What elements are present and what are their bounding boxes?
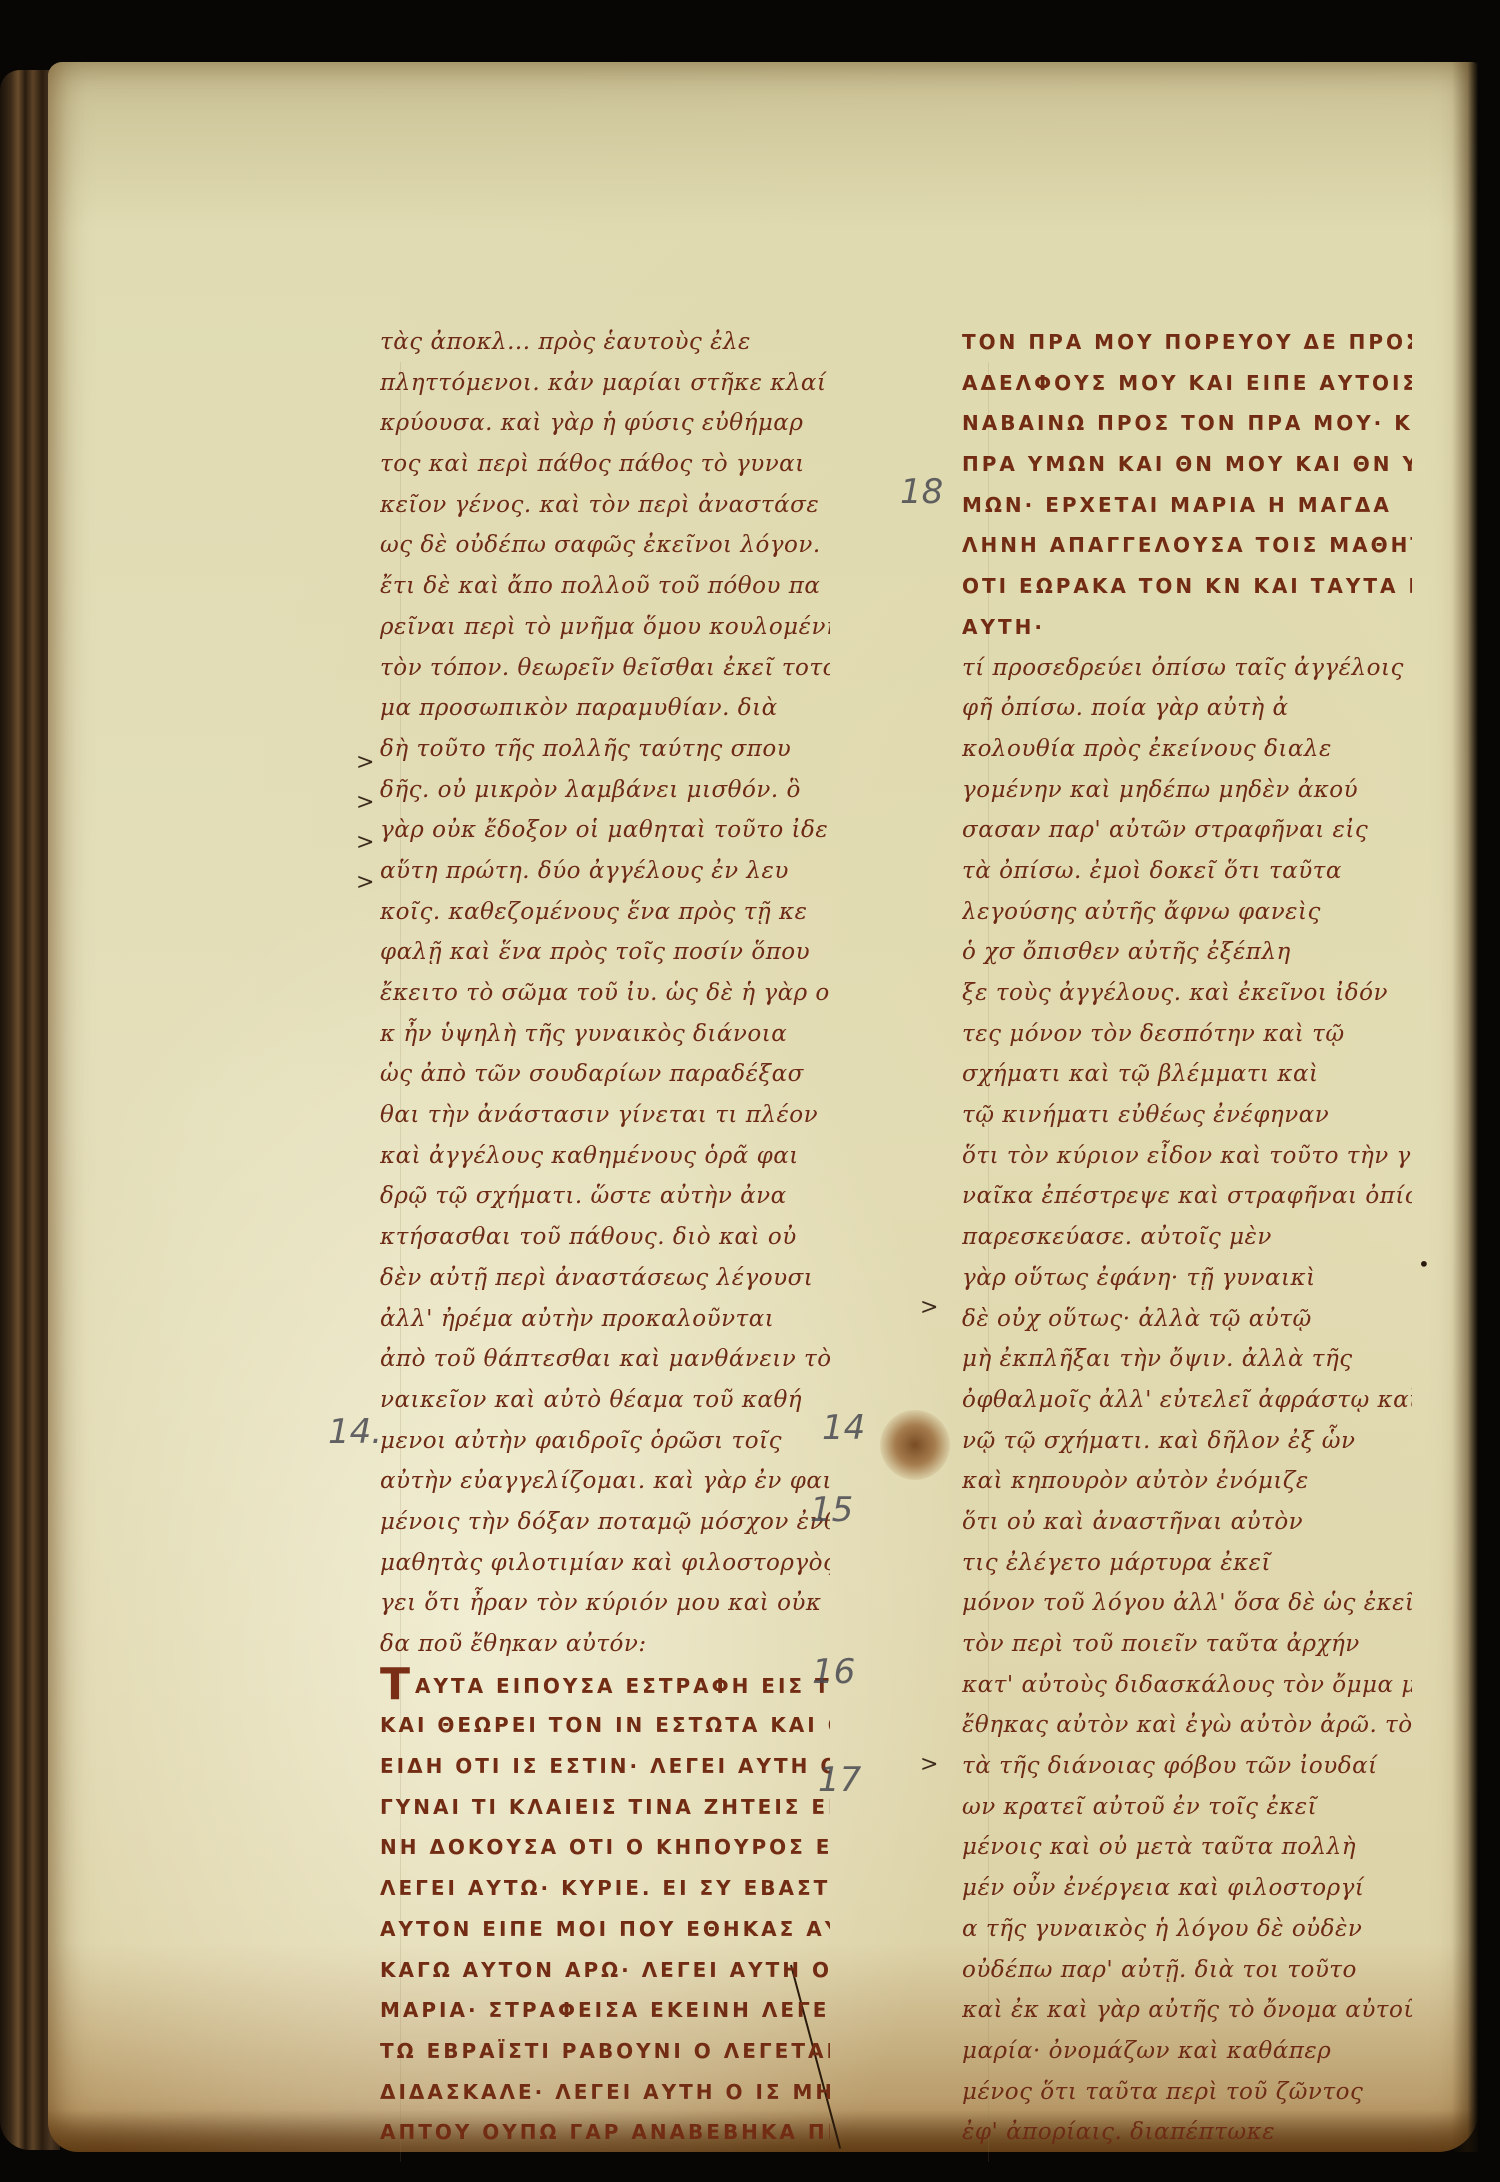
commentary-line: σασαν παρ' αὐτῶν στραφῆναι εἰς	[962, 810, 1412, 851]
line-text: αὕτη πρώτη. δύο ἀγγέλους ἐν λευ	[380, 858, 789, 884]
verse-number-gutter: 17	[818, 1760, 861, 1800]
verse-number-gutter: 14	[822, 1408, 865, 1448]
line-text: ΓΥΝΑΙ ΤΙ ΚΛΑΙΕΙΣ ΤΙΝΑ ΖΗΤΕΙΣ ΕΚΕΙ	[380, 1795, 830, 1819]
line-text: ΑΥΤΟΝ ΕΙΠΕ ΜΟΙ ΠΟΥ ΕΘΗΚΑΣ ΑΥΤΟ	[380, 1917, 830, 1941]
commentary-line: οὐδέπω παρ' αὐτῇ. διὰ τοι τοῦτο	[962, 1950, 1412, 1991]
lemma-line: ΓΥΝΑΙ ΤΙ ΚΛΑΙΕΙΣ ΤΙΝΑ ΖΗΤΕΙΣ ΕΚΕΙ	[380, 1787, 830, 1828]
line-text: ων κρατεῖ αὐτοῦ ἐν τοῖς ἐκεῖ	[962, 1794, 1317, 1820]
diple-mark: >	[356, 870, 374, 895]
commentary-line: γομένην καὶ μηδέπω μηδὲν ἀκού	[962, 770, 1412, 811]
lemma-line: ΟΤΙ ΕΩΡΑΚΑ ΤΟΝ ΚΝ ΚΑΙ ΤΑΥΤΑ ΕΙΠΕ	[962, 566, 1412, 607]
commentary-line: σχήματι καὶ τῷ βλέμματι καὶ	[962, 1054, 1412, 1095]
line-text: ΛΕΓΕΙ ΑΥΤΩ· ΚΥΡΙΕ. ΕΙ ΣΥ ΕΒΑΣΤΑΣΑΣ	[380, 1876, 830, 1900]
commentary-line: ἔθηκας αὐτὸν καὶ ἐγὼ αὐτὸν ἀρῶ. τὸ	[962, 1705, 1412, 1746]
commentary-line: ἐφ' ἀπορίαις. διαπέπτωκε	[962, 2112, 1412, 2153]
diple-mark: >	[356, 830, 374, 855]
margin-dot: •	[1418, 1252, 1430, 1276]
commentary-line: αὕτη πρώτη. δύο ἀγγέλους ἐν λευ	[380, 851, 830, 892]
commentary-line: κολουθία πρὸς ἐκείνους διαλε	[962, 729, 1412, 770]
line-text: σχήματι καὶ τῷ βλέμματι καὶ	[962, 1061, 1319, 1087]
commentary-line: τος καὶ περὶ πάθος πάθος τὸ γυναι	[380, 444, 830, 485]
line-text: ΕΙΔΗ ΟΤΙ ΙΣ ΕΣΤΙΝ· ΛΕΓΕΙ ΑΥΤΗ Ο ΙΣ	[380, 1754, 830, 1778]
commentary-line: τῷ κινήματι εὐθέως ἐνέφηναν	[962, 1095, 1412, 1136]
lemma-line: ΚΑΙ ΘΕΩΡΕΙ ΤΟΝ ΙΝ ΕΣΤΩΤΑ ΚΑΙ ΟΥΚ	[380, 1705, 830, 1746]
commentary-line: θαι τὴν ἀνάστασιν γίνεται τι πλέον	[380, 1095, 830, 1136]
ink-stain	[880, 1410, 950, 1480]
line-text: ρεῖναι περὶ τὸ μνῆμα ὅμου κουλομένη	[380, 614, 830, 640]
lemma-line: ΛΗΝΗ ΑΠΑΓΓΕΛΟΥΣΑ ΤΟΙΣ ΜΑΘΗΤΑΙΣ	[962, 525, 1412, 566]
commentary-line: μόνον τοῦ λόγου ἀλλ' ὅσα δὲ ὡς ἐκεῖ	[962, 1583, 1412, 1624]
line-text: κ ἦν ὑψηλὴ τῆς γυναικὸς διάνοια	[380, 1021, 787, 1047]
lemma-line: ΝΗ ΔΟΚΟΥΣΑ ΟΤΙ Ο ΚΗΠΟΥΡΟΣ ΕΣΤΙΝ	[380, 1827, 830, 1868]
line-text: ναῖκα ἐπέστρεψε καὶ στραφῆναι ὀπίσω	[962, 1183, 1412, 1209]
line-text: ξε τοὺς ἀγγέλους. καὶ ἐκεῖνοι ἰδόν	[962, 980, 1388, 1006]
line-text: ΤΟΝ ΠΡΑ ΜΟΥ ΠΟΡΕΥΟΥ ΔΕ ΠΡΟΣ ΤΟΥΣ	[962, 330, 1412, 354]
line-text: ως δὲ οὐδέπω σαφῶς ἐκεῖνοι λόγον.	[380, 532, 821, 558]
line-text: ΝΗ ΔΟΚΟΥΣΑ ΟΤΙ Ο ΚΗΠΟΥΡΟΣ ΕΣΤΙΝ	[380, 1835, 830, 1859]
commentary-line: φῆ ὀπίσω. ποία γὰρ αὐτὴ ἀ	[962, 688, 1412, 729]
line-text: γει ὅτι ἦραν τὸν κύριόν μου καὶ οὐκ οἶ	[380, 1590, 830, 1616]
commentary-line: α τῆς γυναικὸς ἡ λόγου δὲ οὐδὲν	[962, 1909, 1412, 1950]
line-text: ἔτι δὲ καὶ ἄπο πολλοῦ τοῦ πόθου πα	[380, 573, 820, 599]
commentary-line: ὁ χσ ὄπισθεν αὐτῆς ἐξέπλη	[962, 932, 1412, 973]
lemma-line: ΤΟΝ ΠΡΑ ΜΟΥ ΠΟΡΕΥΟΥ ΔΕ ΠΡΟΣ ΤΟΥΣ	[962, 322, 1412, 363]
commentary-line: καὶ κηπουρὸν αὐτὸν ἐνόμιζε	[962, 1461, 1412, 1502]
commentary-line: μα προσωπικὸν παραμυθίαν. διὰ	[380, 688, 830, 729]
commentary-line: τὰ ὀπίσω. ἐμοὶ δοκεῖ ὅτι ταῦτα	[962, 851, 1412, 892]
line-text: αὐτὴν εὐαγγελίζομαι. καὶ γὰρ ἐν φαι	[380, 1468, 830, 1494]
commentary-line: τί προσεδρεύει ὀπίσω ταῖς ἀγγέλοις ἐστρα	[962, 648, 1412, 689]
lemma-line: ΤΩ ΕΒΡΑΪΣΤΙ ΡΑΒΟΥΝΙ Ο ΛΕΓΕΤΑΙ	[380, 2031, 830, 2072]
line-text: μέν οὖν ἐνέργεια καὶ φιλοστοργί	[962, 1875, 1364, 1901]
commentary-line: μέν οὖν ἐνέργεια καὶ φιλοστοργί	[962, 1868, 1412, 1909]
line-text: ὀφθαλμοῖς ἀλλ' εὐτελεῖ ἀφράστῳ καὶ κοι	[962, 1387, 1412, 1413]
verse-number-left: 14.	[328, 1412, 382, 1452]
line-text: ἀλλ' ἠρέμα αὐτὴν προκαλοῦνται	[380, 1306, 774, 1332]
line-text: μαρία· ὀνομάζων καὶ καθάπερ	[962, 2038, 1331, 2064]
line-text: ΤΩ ΕΒΡΑΪΣΤΙ ΡΑΒΟΥΝΙ Ο ΛΕΓΕΤΑΙ	[380, 2039, 830, 2063]
commentary-line: ξε τοὺς ἀγγέλους. καὶ ἐκεῖνοι ἰδόν	[962, 973, 1412, 1014]
diple-mark: >	[920, 1752, 938, 1777]
commentary-line: ως δὲ οὐδέπω σαφῶς ἐκεῖνοι λόγον.	[380, 525, 830, 566]
commentary-line: ὀφθαλμοῖς ἀλλ' εὐτελεῖ ἀφράστῳ καὶ κοι	[962, 1380, 1412, 1421]
commentary-line: αὐτὴν εὐαγγελίζομαι. καὶ γὰρ ἐν φαι	[380, 1461, 830, 1502]
line-text: ἔκειτο τὸ σῶμα τοῦ ἰυ. ὡς δὲ ἡ γὰρ οὐ	[380, 980, 830, 1006]
commentary-line: ων κρατεῖ αὐτοῦ ἐν τοῖς ἐκεῖ	[962, 1787, 1412, 1828]
line-text: δα ποῦ ἔθηκαν αὐτόν:	[380, 1631, 647, 1657]
line-text: κρύουσα. καὶ γὰρ ἡ φύσις εὐθήμαρ	[380, 410, 803, 436]
line-text: καὶ ἐκ καὶ γὰρ αὐτῆς τὸ ὄνομα αὐτοῦ	[962, 1997, 1412, 2023]
commentary-line: τὸν περὶ τοῦ ποιεῖν ταῦτα ἀρχήν	[962, 1624, 1412, 1665]
line-text: κεῖον γένος. καὶ τὸν περὶ ἀναστάσε	[380, 492, 819, 518]
line-text: ΑΥΤΗ·	[962, 615, 1045, 639]
left-column: τὰς ἀποκλ... πρὸς ἑαυτοὺς ἐλεπληττόμενοι…	[380, 322, 830, 2153]
commentary-line: τις ἐλέγετο μάρτυρα ἐκεῖ	[962, 1543, 1412, 1584]
line-text: τες μόνον τὸν δεσπότην καὶ τῷ	[962, 1021, 1345, 1047]
lemma-line: ΑΥΤΗ·	[962, 607, 1412, 648]
commentary-line: μένος ὅτι ταῦτα περὶ τοῦ ζῶντος	[962, 2072, 1412, 2113]
line-text: ὡς ἀπὸ τῶν σουδαρίων παραδέξασ	[380, 1061, 804, 1087]
line-text: μόνον τοῦ λόγου ἀλλ' ὅσα δὲ ὡς ἐκεῖ	[962, 1590, 1412, 1616]
lemma-line: ΛΕΓΕΙ ΑΥΤΩ· ΚΥΡΙΕ. ΕΙ ΣΥ ΕΒΑΣΤΑΣΑΣ	[380, 1868, 830, 1909]
line-text: ὅτι οὐ καὶ ἀναστῆναι αὐτὸν	[962, 1509, 1303, 1535]
line-text: ΟΤΙ ΕΩΡΑΚΑ ΤΟΝ ΚΝ ΚΑΙ ΤΑΥΤΑ ΕΙΠΕ	[962, 574, 1412, 598]
line-text: ἔθηκας αὐτὸν καὶ ἐγὼ αὐτὸν ἀρῶ. τὸ	[962, 1712, 1412, 1738]
line-text: ναικεῖον καὶ αὐτὸ θέαμα τοῦ καθή	[380, 1387, 802, 1413]
line-text: ΚΑΙ ΘΕΩΡΕΙ ΤΟΝ ΙΝ ΕΣΤΩΤΑ ΚΑΙ ΟΥΚ	[380, 1713, 830, 1737]
line-text: τί προσεδρεύει ὀπίσω ταῖς ἀγγέλοις ἐστρα	[962, 655, 1412, 681]
line-text: δῆς. οὐ μικρὸν λαμβάνει μισθόν. ὃ	[380, 777, 801, 803]
line-text: ΜΑΡΙΑ· ΣΤΡΑΦΕΙΣΑ ΕΚΕΙΝΗ ΛΕΓΕΙ ΑΥ	[380, 1998, 830, 2022]
lemma-line: ΤΑΥΤΑ ΕΙΠΟΥΣΑ ΕΣΤΡΑΦΗ ΕΙΣ ΤΑ ΟΠΙΣΩ	[380, 1665, 830, 1706]
commentary-line: γει ὅτι ἦραν τὸν κύριόν μου καὶ οὐκ οἶ	[380, 1583, 830, 1624]
line-text: κολουθία πρὸς ἐκείνους διαλε	[962, 736, 1332, 762]
line-text: ΚΑΓΩ ΑΥΤΟΝ ΑΡΩ· ΛΕΓΕΙ ΑΥΤΗ Ο ΙΣ	[380, 1958, 830, 1982]
lemma-line: ΚΑΓΩ ΑΥΤΟΝ ΑΡΩ· ΛΕΓΕΙ ΑΥΤΗ Ο ΙΣ	[380, 1950, 830, 1991]
line-text: δὲν αὐτῇ περὶ ἀναστάσεως λέγουσι	[380, 1265, 813, 1291]
lemma-line: ΜΑΡΙΑ· ΣΤΡΑΦΕΙΣΑ ΕΚΕΙΝΗ ΛΕΓΕΙ ΑΥ	[380, 1990, 830, 2031]
commentary-line: δῆς. οὐ μικρὸν λαμβάνει μισθόν. ὃ	[380, 770, 830, 811]
line-text: ἀπὸ τοῦ θάπτεσθαι καὶ μανθάνειν τὸ γυ	[380, 1346, 830, 1372]
line-text: μὴ ἐκπλῆξαι τὴν ὄψιν. ἀλλὰ τῆς	[962, 1346, 1353, 1372]
decorated-initial: Τ	[380, 1665, 413, 1706]
line-text: ΛΗΝΗ ΑΠΑΓΓΕΛΟΥΣΑ ΤΟΙΣ ΜΑΘΗΤΑΙΣ	[962, 533, 1412, 557]
commentary-line: ναῖκα ἐπέστρεψε καὶ στραφῆναι ὀπίσω	[962, 1176, 1412, 1217]
line-text: μένοις τὴν δόξαν ποταμῷ μόσχον ἐνθεν	[380, 1509, 830, 1535]
line-text: ΑΥΤΑ ΕΙΠΟΥΣΑ ΕΣΤΡΑΦΗ ΕΙΣ ΤΑ ΟΠΙΣΩ	[415, 1674, 830, 1698]
line-text: ὁ χσ ὄπισθεν αὐτῆς ἐξέπλη	[962, 939, 1291, 965]
commentary-line: δὴ τοῦτο τῆς πολλῆς ταύτης σπου	[380, 729, 830, 770]
line-text: κοῖς. καθεζομένους ἕνα πρὸς τῇ κε	[380, 899, 807, 925]
line-text: ΝΑΒΑΙΝΩ ΠΡΟΣ ΤΟΝ ΠΡΑ ΜΟΥ· ΚΑΙ	[962, 411, 1412, 435]
commentary-line: τὰς ἀποκλ... πρὸς ἑαυτοὺς ἐλε	[380, 322, 830, 363]
diple-mark: >	[356, 790, 374, 815]
line-text: ΑΠΤΟΥ ΟΥΠΩ ΓΑΡ ΑΝΑΒΕΒΗΚΑ ΠΡΟΣ	[380, 2120, 830, 2144]
commentary-line: γὰρ οὕτως ἐφάνη· τῇ γυναικὶ	[962, 1258, 1412, 1299]
line-text: μαθητὰς φιλοτιμίαν καὶ φιλοστοργὸς λέ	[380, 1550, 830, 1576]
line-text: πληττόμενοι. κἀν μαρίαι στῆκε κλαί	[380, 370, 826, 396]
lemma-line: ΕΙΔΗ ΟΤΙ ΙΣ ΕΣΤΙΝ· ΛΕΓΕΙ ΑΥΤΗ Ο ΙΣ	[380, 1746, 830, 1787]
commentary-line: παρεσκεύασε. αὐτοῖς μὲν	[962, 1217, 1412, 1258]
line-text: τις ἐλέγετο μάρτυρα ἐκεῖ	[962, 1550, 1271, 1576]
line-text: γομένην καὶ μηδέπω μηδὲν ἀκού	[962, 777, 1358, 803]
commentary-line: ὡς ἀπὸ τῶν σουδαρίων παραδέξασ	[380, 1054, 830, 1095]
line-text: ἐφ' ἀπορίαις. διαπέπτωκε	[962, 2119, 1275, 2145]
lemma-line: ΑΥΤΟΝ ΕΙΠΕ ΜΟΙ ΠΟΥ ΕΘΗΚΑΣ ΑΥΤΟ	[380, 1909, 830, 1950]
line-text: σασαν παρ' αὐτῶν στραφῆναι εἰς	[962, 817, 1368, 843]
commentary-line: δὲν αὐτῇ περὶ ἀναστάσεως λέγουσι	[380, 1258, 830, 1299]
line-text: τῷ κινήματι εὐθέως ἐνέφηναν	[962, 1102, 1329, 1128]
commentary-line: ἀλλ' ἠρέμα αὐτὴν προκαλοῦνται	[380, 1299, 830, 1340]
commentary-line: κοῖς. καθεζομένους ἕνα πρὸς τῇ κε	[380, 892, 830, 933]
line-text: μενοι αὐτὴν φαιδροῖς ὁρῶσι τοῖς	[380, 1428, 782, 1454]
commentary-line: κρύουσα. καὶ γὰρ ἡ φύσις εὐθήμαρ	[380, 403, 830, 444]
line-text: τὸν περὶ τοῦ ποιεῖν ταῦτα ἀρχήν	[962, 1631, 1360, 1657]
lemma-line: ΔΙΔΑΣΚΑΛΕ· ΛΕΓΕΙ ΑΥΤΗ Ο ΙΣ ΜΗ ΜΟΥ	[380, 2072, 830, 2113]
commentary-line: μαρία· ὀνομάζων καὶ καθάπερ	[962, 2031, 1412, 2072]
verse-number-gutter: 15	[810, 1490, 853, 1530]
line-text: φαλῇ καὶ ἕνα πρὸς τοῖς ποσίν ὅπου	[380, 939, 810, 965]
commentary-line: μαθητὰς φιλοτιμίαν καὶ φιλοστοργὸς λέ	[380, 1543, 830, 1584]
line-text: μα προσωπικὸν παραμυθίαν. διὰ	[380, 695, 778, 721]
commentary-line: ἀπὸ τοῦ θάπτεσθαι καὶ μανθάνειν τὸ γυ	[380, 1339, 830, 1380]
commentary-line: ἔκειτο τὸ σῶμα τοῦ ἰυ. ὡς δὲ ἡ γὰρ οὐ	[380, 973, 830, 1014]
line-text: κατ' αὐτοὺς διδασκάλους τὸν ὄμμα μου	[962, 1672, 1412, 1698]
commentary-line: δα ποῦ ἔθηκαν αὐτόν:	[380, 1624, 830, 1665]
commentary-line: ρεῖναι περὶ τὸ μνῆμα ὅμου κουλομένη	[380, 607, 830, 648]
line-text: οὐδέπω παρ' αὐτῇ. διὰ τοι τοῦτο	[962, 1957, 1357, 1983]
line-text: τὰ τῆς διάνοιας φόβου τῶν ἰουδαί	[962, 1753, 1378, 1779]
line-text: νῷ τῷ σχήματι. καὶ δῆλον ἐξ ὧν	[962, 1428, 1355, 1454]
lemma-line: ΠΡΑ ΥΜΩΝ ΚΑΙ ΘΝ ΜΟΥ ΚΑΙ ΘΝ Υ	[962, 444, 1412, 485]
line-text: τὰ ὀπίσω. ἐμοὶ δοκεῖ ὅτι ταῦτα	[962, 858, 1342, 884]
line-text: φῆ ὀπίσω. ποία γὰρ αὐτὴ ἀ	[962, 695, 1289, 721]
line-text: δρῷ τῷ σχήματι. ὥστε αὐτὴν ἀνα	[380, 1183, 787, 1209]
lemma-line: ΑΠΤΟΥ ΟΥΠΩ ΓΑΡ ΑΝΑΒΕΒΗΚΑ ΠΡΟΣ	[380, 2112, 830, 2153]
line-text: παρεσκεύασε. αὐτοῖς μὲν	[962, 1224, 1272, 1250]
line-text: καὶ ἀγγέλους καθημένους ὁρᾶ φαι	[380, 1143, 799, 1169]
line-text: τος καὶ περὶ πάθος πάθος τὸ γυναι	[380, 451, 805, 477]
verse-number-right: 18	[900, 472, 943, 512]
lemma-line: ΑΔΕΛΦΟΥΣ ΜΟΥ ΚΑΙ ΕΙΠΕ ΑΥΤΟΙΣ· Α	[962, 363, 1412, 404]
commentary-line: γὰρ οὐκ ἔδοξον οἱ μαθηταὶ τοῦτο ἰδεῖν	[380, 810, 830, 851]
commentary-line: μενοι αὐτὴν φαιδροῖς ὁρῶσι τοῖς	[380, 1421, 830, 1462]
line-text: καὶ κηπουρὸν αὐτὸν ἐνόμιζε	[962, 1468, 1309, 1494]
commentary-line: ναικεῖον καὶ αὐτὸ θέαμα τοῦ καθή	[380, 1380, 830, 1421]
commentary-line: τὰ τῆς διάνοιας φόβου τῶν ἰουδαί	[962, 1746, 1412, 1787]
commentary-line: λεγούσης αὐτῆς ἄφνω φανεὶς	[962, 892, 1412, 933]
commentary-line: καὶ ἐκ καὶ γὰρ αὐτῆς τὸ ὄνομα αὐτοῦ	[962, 1990, 1412, 2031]
diple-mark: >	[356, 750, 374, 775]
line-text: τὸν τόπον. θεωρεῖν θεῖσθαι ἐκεῖ τοτο	[380, 655, 830, 681]
line-text: α τῆς γυναικὸς ἡ λόγου δὲ οὐδὲν	[962, 1916, 1362, 1942]
verse-number-gutter: 16	[812, 1652, 855, 1692]
line-text: λεγούσης αὐτῆς ἄφνω φανεὶς	[962, 899, 1321, 925]
commentary-line: φαλῇ καὶ ἕνα πρὸς τοῖς ποσίν ὅπου	[380, 932, 830, 973]
commentary-line: κεῖον γένος. καὶ τὸν περὶ ἀναστάσε	[380, 485, 830, 526]
commentary-line: μένοις καὶ οὐ μετὰ ταῦτα πολλὴ	[962, 1827, 1412, 1868]
line-text: γὰρ οὕτως ἐφάνη· τῇ γυναικὶ	[962, 1265, 1316, 1291]
lemma-line: ΝΑΒΑΙΝΩ ΠΡΟΣ ΤΟΝ ΠΡΑ ΜΟΥ· ΚΑΙ	[962, 403, 1412, 444]
commentary-line: κτήσασθαι τοῦ πάθους. διὸ καὶ οὐ	[380, 1217, 830, 1258]
commentary-line: μὴ ἐκπλῆξαι τὴν ὄψιν. ἀλλὰ τῆς	[962, 1339, 1412, 1380]
line-text: κτήσασθαι τοῦ πάθους. διὸ καὶ οὐ	[380, 1224, 797, 1250]
commentary-line: τὸν τόπον. θεωρεῖν θεῖσθαι ἐκεῖ τοτο	[380, 648, 830, 689]
line-text: ΔΙΔΑΣΚΑΛΕ· ΛΕΓΕΙ ΑΥΤΗ Ο ΙΣ ΜΗ ΜΟΥ	[380, 2080, 830, 2104]
commentary-line: ὅτι οὐ καὶ ἀναστῆναι αὐτὸν	[962, 1502, 1412, 1543]
line-text: γὰρ οὐκ ἔδοξον οἱ μαθηταὶ τοῦτο ἰδεῖν	[380, 817, 830, 843]
line-text: ΑΔΕΛΦΟΥΣ ΜΟΥ ΚΑΙ ΕΙΠΕ ΑΥΤΟΙΣ· Α	[962, 371, 1412, 395]
commentary-line: νῷ τῷ σχήματι. καὶ δῆλον ἐξ ὧν	[962, 1421, 1412, 1462]
commentary-line: δὲ οὐχ οὕτως· ἀλλὰ τῷ αὐτῷ	[962, 1299, 1412, 1340]
line-text: δὲ οὐχ οὕτως· ἀλλὰ τῷ αὐτῷ	[962, 1306, 1312, 1332]
commentary-line: ὅτι τὸν κύριον εἶδον καὶ τοῦτο τὴν γυ	[962, 1136, 1412, 1177]
line-text: ΜΩΝ· ΕΡΧΕΤΑΙ ΜΑΡΙΑ Η ΜΑΓΔΑ	[962, 493, 1392, 517]
commentary-line: τες μόνον τὸν δεσπότην καὶ τῷ	[962, 1014, 1412, 1055]
diple-mark: >	[920, 1295, 938, 1320]
commentary-line: καὶ ἀγγέλους καθημένους ὁρᾶ φαι	[380, 1136, 830, 1177]
line-text: ΠΡΑ ΥΜΩΝ ΚΑΙ ΘΝ ΜΟΥ ΚΑΙ ΘΝ Υ	[962, 452, 1412, 476]
line-text: ὅτι τὸν κύριον εἶδον καὶ τοῦτο τὴν γυ	[962, 1143, 1412, 1169]
right-column: ΤΟΝ ΠΡΑ ΜΟΥ ΠΟΡΕΥΟΥ ΔΕ ΠΡΟΣ ΤΟΥΣΑΔΕΛΦΟΥΣ…	[962, 322, 1412, 2153]
commentary-line: ἔτι δὲ καὶ ἄπο πολλοῦ τοῦ πόθου πα	[380, 566, 830, 607]
lemma-line: ΜΩΝ· ΕΡΧΕΤΑΙ ΜΑΡΙΑ Η ΜΑΓΔΑ	[962, 485, 1412, 526]
line-text: θαι τὴν ἀνάστασιν γίνεται τι πλέον	[380, 1102, 818, 1128]
commentary-line: δρῷ τῷ σχήματι. ὥστε αὐτὴν ἀνα	[380, 1176, 830, 1217]
commentary-line: μένοις τὴν δόξαν ποταμῷ μόσχον ἐνθεν	[380, 1502, 830, 1543]
line-text: τὰς ἀποκλ... πρὸς ἑαυτοὺς ἐλε	[380, 329, 751, 355]
commentary-line: πληττόμενοι. κἀν μαρίαι στῆκε κλαί	[380, 363, 830, 404]
line-text: μένος ὅτι ταῦτα περὶ τοῦ ζῶντος	[962, 2079, 1363, 2105]
line-text: μένοις καὶ οὐ μετὰ ταῦτα πολλὴ	[962, 1834, 1356, 1860]
commentary-line: κ ἦν ὑψηλὴ τῆς γυναικὸς διάνοια	[380, 1014, 830, 1055]
commentary-line: κατ' αὐτοὺς διδασκάλους τὸν ὄμμα μου	[962, 1665, 1412, 1706]
line-text: δὴ τοῦτο τῆς πολλῆς ταύτης σπου	[380, 736, 791, 762]
